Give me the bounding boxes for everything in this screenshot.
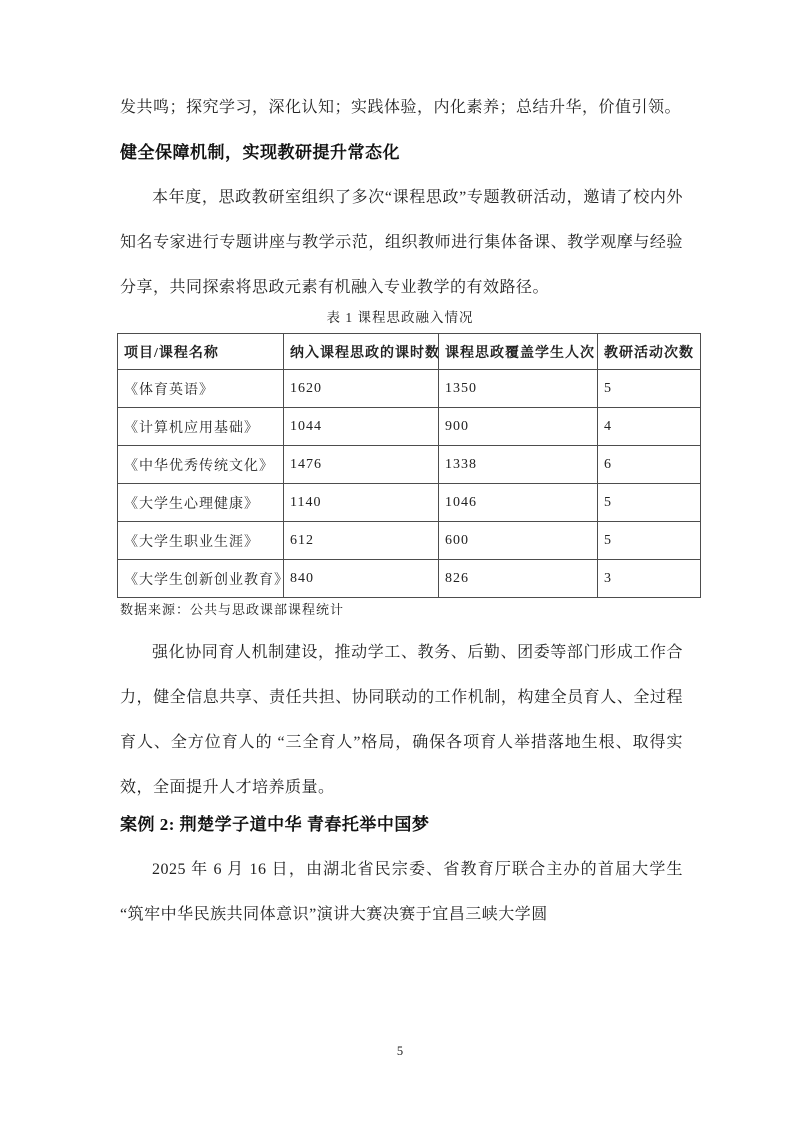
table-row: 《中华优秀传统文化》147613386 — [118, 446, 701, 484]
table-cell: 5 — [598, 370, 701, 408]
body-text-lower: 强化协同育人机制建设，推动学工、教务、后勤、团委等部门形成工作合力，健全信息共享… — [120, 630, 683, 937]
table-header-cell: 课程思政覆盖学生人次 — [439, 334, 598, 370]
table-cell: 《体育英语》 — [118, 370, 284, 408]
table-cell: 1046 — [439, 484, 598, 522]
table-header-row: 项目/课程名称纳入课程思政的课时数课程思政覆盖学生人次教研活动次数 — [118, 334, 701, 370]
table-header-cell: 项目/课程名称 — [118, 334, 284, 370]
table-row: 《体育英语》162013505 — [118, 370, 701, 408]
paragraph-collaborative-education: 强化协同育人机制建设，推动学工、教务、后勤、团委等部门形成工作合力，健全信息共享… — [120, 630, 683, 810]
table-cell: 《计算机应用基础》 — [118, 408, 284, 446]
document-page: 发共鸣；探究学习，深化认知；实践体验，内化素养；总结升华，价值引领。 健全保障机… — [0, 0, 800, 1131]
table-cell: 《大学生创新创业教育》 — [118, 560, 284, 598]
table-block: 表 1 课程思政融入情况 项目/课程名称纳入课程思政的课时数课程思政覆盖学生人次… — [0, 307, 800, 622]
table-cell: 6 — [598, 446, 701, 484]
table-cell: 1140 — [284, 484, 439, 522]
section-heading-safeguard: 健全保障机制，实现教研提升常态化 — [120, 130, 683, 175]
table-cell: 900 — [439, 408, 598, 446]
table-cell: 600 — [439, 522, 598, 560]
table-cell: 612 — [284, 522, 439, 560]
table-row: 《大学生职业生涯》6126005 — [118, 522, 701, 560]
table-cell: 1044 — [284, 408, 439, 446]
table-cell: 《大学生心理健康》 — [118, 484, 284, 522]
table-header-cell: 纳入课程思政的课时数 — [284, 334, 439, 370]
table-cell: 5 — [598, 522, 701, 560]
table-cell: 1338 — [439, 446, 598, 484]
body-text-upper: 发共鸣；探究学习，深化认知；实践体验，内化素养；总结升华，价值引领。 健全保障机… — [120, 85, 683, 310]
table-header-cell: 教研活动次数 — [598, 334, 701, 370]
section-heading-case2: 案例 2: 荆楚学子道中华 青春托举中国梦 — [120, 802, 683, 847]
table-cell: 826 — [439, 560, 598, 598]
table-source-note: 数据来源：公共与思政课部课程统计 — [120, 598, 800, 622]
paragraph-continuation: 发共鸣；探究学习，深化认知；实践体验，内化素养；总结升华，价值引领。 — [120, 85, 683, 130]
table-cell: 1620 — [284, 370, 439, 408]
table-cell: 《中华优秀传统文化》 — [118, 446, 284, 484]
table-row: 《大学生心理健康》114010465 — [118, 484, 701, 522]
table-cell: 1350 — [439, 370, 598, 408]
page-number: 5 — [0, 1044, 800, 1059]
table-cell: 1476 — [284, 446, 439, 484]
table-cell: 《大学生职业生涯》 — [118, 522, 284, 560]
table-row: 《大学生创新创业教育》8408263 — [118, 560, 701, 598]
paragraph-speech-contest: 2025 年 6 月 16 日，由湖北省民宗委、省教育厅联合主办的首届大学生“筑… — [120, 847, 683, 937]
table-caption: 表 1 课程思政融入情况 — [0, 307, 800, 329]
table-cell: 3 — [598, 560, 701, 598]
course-ideology-table: 项目/课程名称纳入课程思政的课时数课程思政覆盖学生人次教研活动次数 《体育英语》… — [117, 333, 701, 598]
table-cell: 840 — [284, 560, 439, 598]
table-row: 《计算机应用基础》10449004 — [118, 408, 701, 446]
paragraph-teaching-research: 本年度，思政教研室组织了多次“课程思政”专题教研活动，邀请了校内外知名专家进行专… — [120, 175, 683, 310]
table-cell: 4 — [598, 408, 701, 446]
table-cell: 5 — [598, 484, 701, 522]
